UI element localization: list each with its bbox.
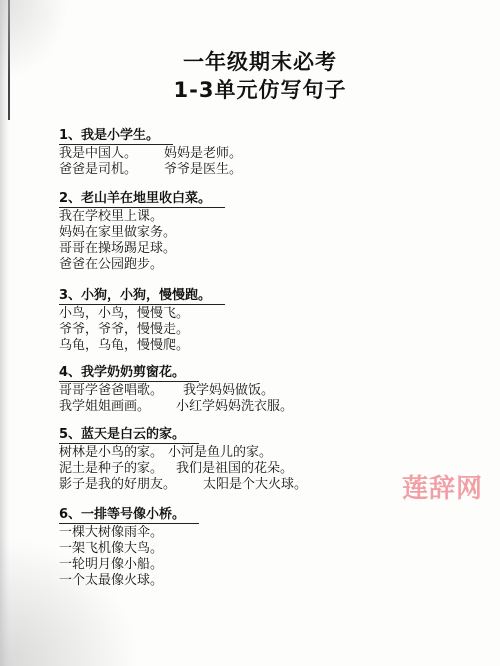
sentence: 小河是鱼儿的家。 [168,445,272,461]
sentence: 树林是小鸟的家。 [59,445,163,460]
sentence: 妈妈是老师。 [164,146,242,162]
sentence: 爷爷是医生。 [164,162,242,178]
sentence-row: 乌龟，乌龟，慢慢爬。 [59,338,225,354]
sentence-row: 一个太最像火球。 [59,573,199,589]
sentence-row: 我学姐姐画画。小红学妈妈洗衣服。 [59,399,199,415]
sentence: 爸爸是司机。 [59,162,137,177]
section-heading: 4、我学奶奶剪窗花。 [59,365,199,382]
sentence-row: 哥哥在操场踢足球。 [59,241,225,257]
section-3: 3、小狗，小狗，慢慢跑。 小鸟，小鸟，慢慢飞。 爷爷，爷爷，慢慢走。 乌龟，乌龟… [59,284,225,354]
sentence-row: 爸爸在公园跑步。 [59,257,225,273]
sentence-row: 我在学校里上课。 [59,209,225,225]
sentence: 我学妈妈做饭。 [183,383,274,399]
section-5: 5、蓝天是白云的家。 树林是小鸟的家。小河是鱼儿的家。 泥土是种子的家。我们是祖… [59,423,199,493]
sentence-row: 一架飞机像大鸟。 [59,541,199,557]
sentence-row: 哥哥学爸爸唱歌。我学妈妈做饭。 [59,383,199,399]
document-title: 一年级期末必考 [0,46,500,76]
section-2: 2、老山羊在地里收白菜。 我在学校里上课。 妈妈在家里做家务。 哥哥在操场踢足球… [59,187,225,273]
document-subtitle: 1-3单元仿写句子 [0,74,500,104]
section-heading: 6、一排等号像小桥。 [59,507,199,524]
sentence-row: 一棵大树像雨伞。 [59,525,199,541]
sentence-row: 树林是小鸟的家。小河是鱼儿的家。 [59,445,199,461]
sentence: 小红学妈妈洗衣服。 [176,399,293,415]
watermark-logo: 莲辞网 [402,468,483,505]
section-heading: 2、老山羊在地里收白菜。 [59,191,225,208]
sentence-row: 小鸟，小鸟，慢慢飞。 [59,306,225,322]
sentence: 哥哥学爸爸唱歌。 [59,383,163,398]
section-1: 1、我是小学生。 我是中国人。妈妈是老师。 爸爸是司机。爷爷是医生。 [59,124,173,178]
sentence-row: 妈妈在家里做家务。 [59,225,225,241]
sentence-row: 泥土是种子的家。我们是祖国的花朵。 [59,461,199,477]
sentence-row: 一轮明月像小船。 [59,557,199,573]
sentence-row: 影子是我的好朋友。太阳是个大火球。 [59,477,199,493]
sentence: 影子是我的好朋友。 [59,477,176,492]
section-4: 4、我学奶奶剪窗花。 哥哥学爸爸唱歌。我学妈妈做饭。 我学姐姐画画。小红学妈妈洗… [59,361,199,415]
sentence: 我是中国人。 [59,146,137,161]
sentence: 我学姐姐画画。 [59,399,150,414]
sentence: 太阳是个大火球。 [203,477,307,493]
sentence-row: 爸爸是司机。爷爷是医生。 [59,162,173,178]
sentence: 我们是祖国的花朵。 [176,461,293,477]
section-heading: 5、蓝天是白云的家。 [59,427,199,444]
sentence-row: 我是中国人。妈妈是老师。 [59,146,173,162]
sentence: 泥土是种子的家。 [59,461,163,476]
section-6: 6、一排等号像小桥。 一棵大树像雨伞。 一架飞机像大鸟。 一轮明月像小船。 一个… [59,503,199,589]
section-heading: 3、小狗，小狗，慢慢跑。 [59,288,225,305]
sentence-row: 爷爷，爷爷，慢慢走。 [59,322,225,338]
section-heading: 1、我是小学生。 [59,128,173,145]
